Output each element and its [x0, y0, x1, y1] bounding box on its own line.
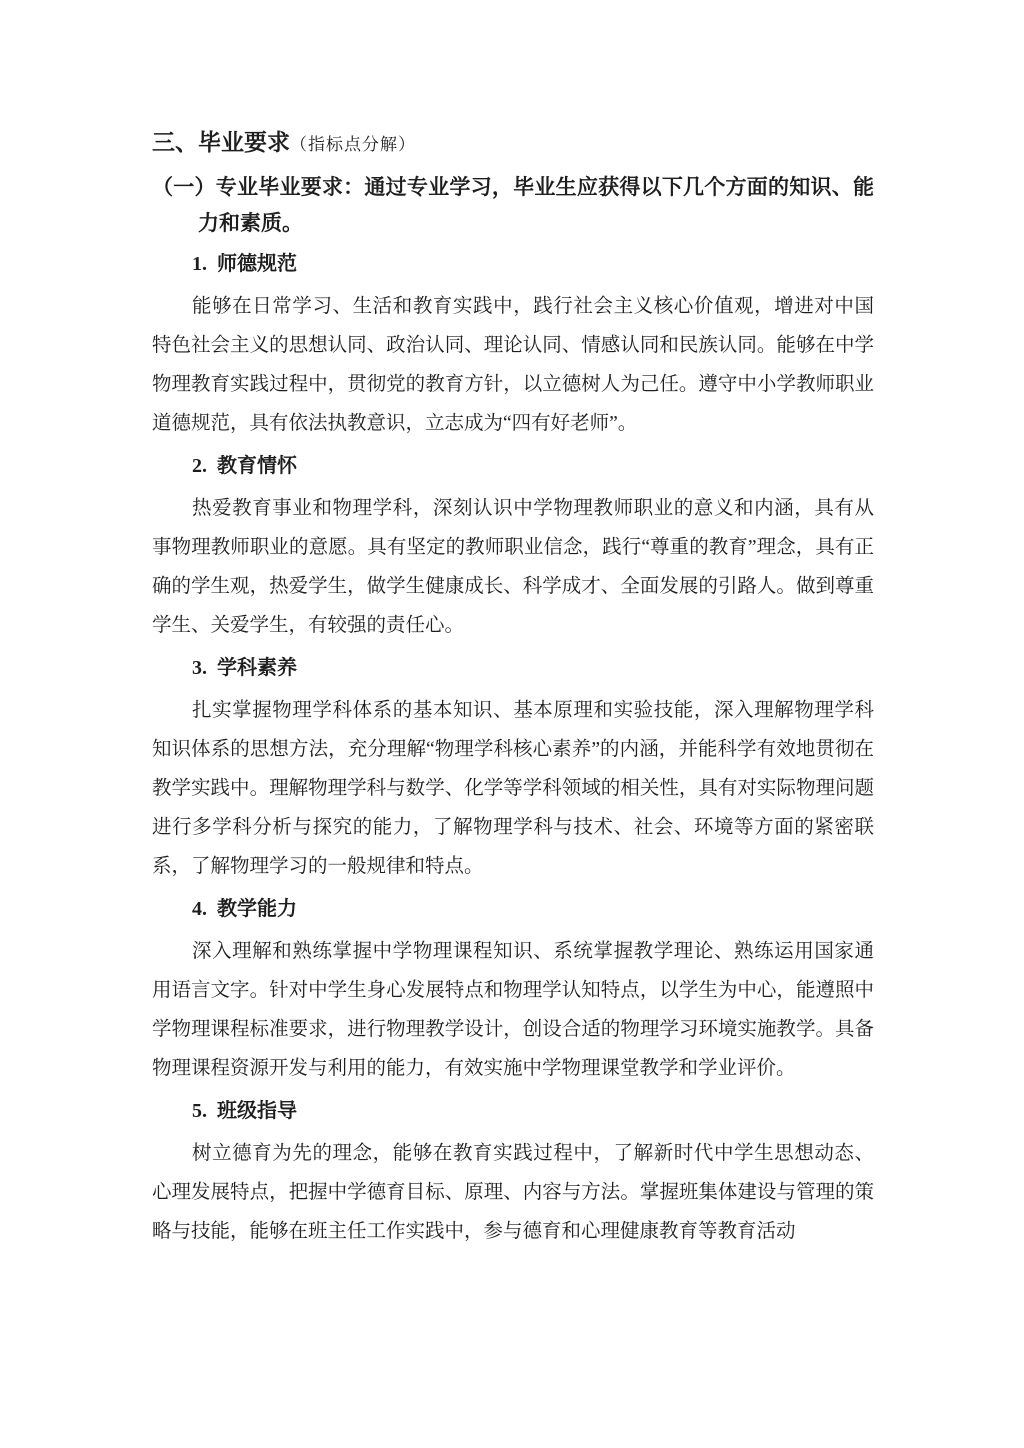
item-5-body: 树立德育为先的理念，能够在教育实践过程中，了解新时代中学生思想动态、心理发展特点… — [152, 1134, 874, 1251]
document-page: 三、毕业要求（指标点分解） （一）专业毕业要求：通过专业学习，毕业生应获得以下几… — [0, 0, 1024, 1448]
item-4-body: 深入理解和熟练掌握中学物理课程知识、系统掌握教学理论、熟练运用国家通用语言文字。… — [152, 932, 874, 1088]
item-5-heading: 5.班级指导 — [192, 1091, 874, 1131]
document-content: 三、毕业要求（指标点分解） （一）专业毕业要求：通过专业学习，毕业生应获得以下几… — [152, 0, 874, 1251]
item-1-body: 能够在日常学习、生活和教育实践中，践行社会主义核心价值观，增进对中国特色社会主义… — [152, 287, 874, 443]
item-3-number: 3. — [192, 657, 207, 679]
item-5-number: 5. — [192, 1100, 207, 1122]
item-3-title: 学科素养 — [217, 657, 297, 679]
item-1-heading: 1.师德规范 — [192, 244, 874, 284]
item-1-number: 1. — [192, 253, 207, 275]
section-heading: （一）专业毕业要求：通过专业学习，毕业生应获得以下几个方面的知识、能力和素质。 — [152, 169, 874, 241]
item-4-number: 4. — [192, 898, 207, 920]
document-title-text: 三、毕业要求 — [152, 130, 290, 155]
document-title-note: （指标点分解） — [290, 135, 416, 154]
item-4-heading: 4.教学能力 — [192, 889, 874, 929]
item-2-heading: 2.教育情怀 — [192, 446, 874, 486]
item-3-body: 扎实掌握物理学科体系的基本知识、基本原理和实验技能，深入理解物理学科知识体系的思… — [152, 691, 874, 886]
item-1-title: 师德规范 — [217, 253, 297, 275]
item-5-title: 班级指导 — [217, 1100, 297, 1122]
item-3-heading: 3.学科素养 — [192, 648, 874, 688]
item-2-title: 教育情怀 — [217, 455, 297, 477]
item-4-title: 教学能力 — [217, 898, 297, 920]
document-title: 三、毕业要求（指标点分解） — [152, 128, 874, 160]
item-2-number: 2. — [192, 455, 207, 477]
item-2-body: 热爱教育事业和物理学科，深刻认识中学物理教师职业的意义和内涵，具有从事物理教师职… — [152, 489, 874, 645]
